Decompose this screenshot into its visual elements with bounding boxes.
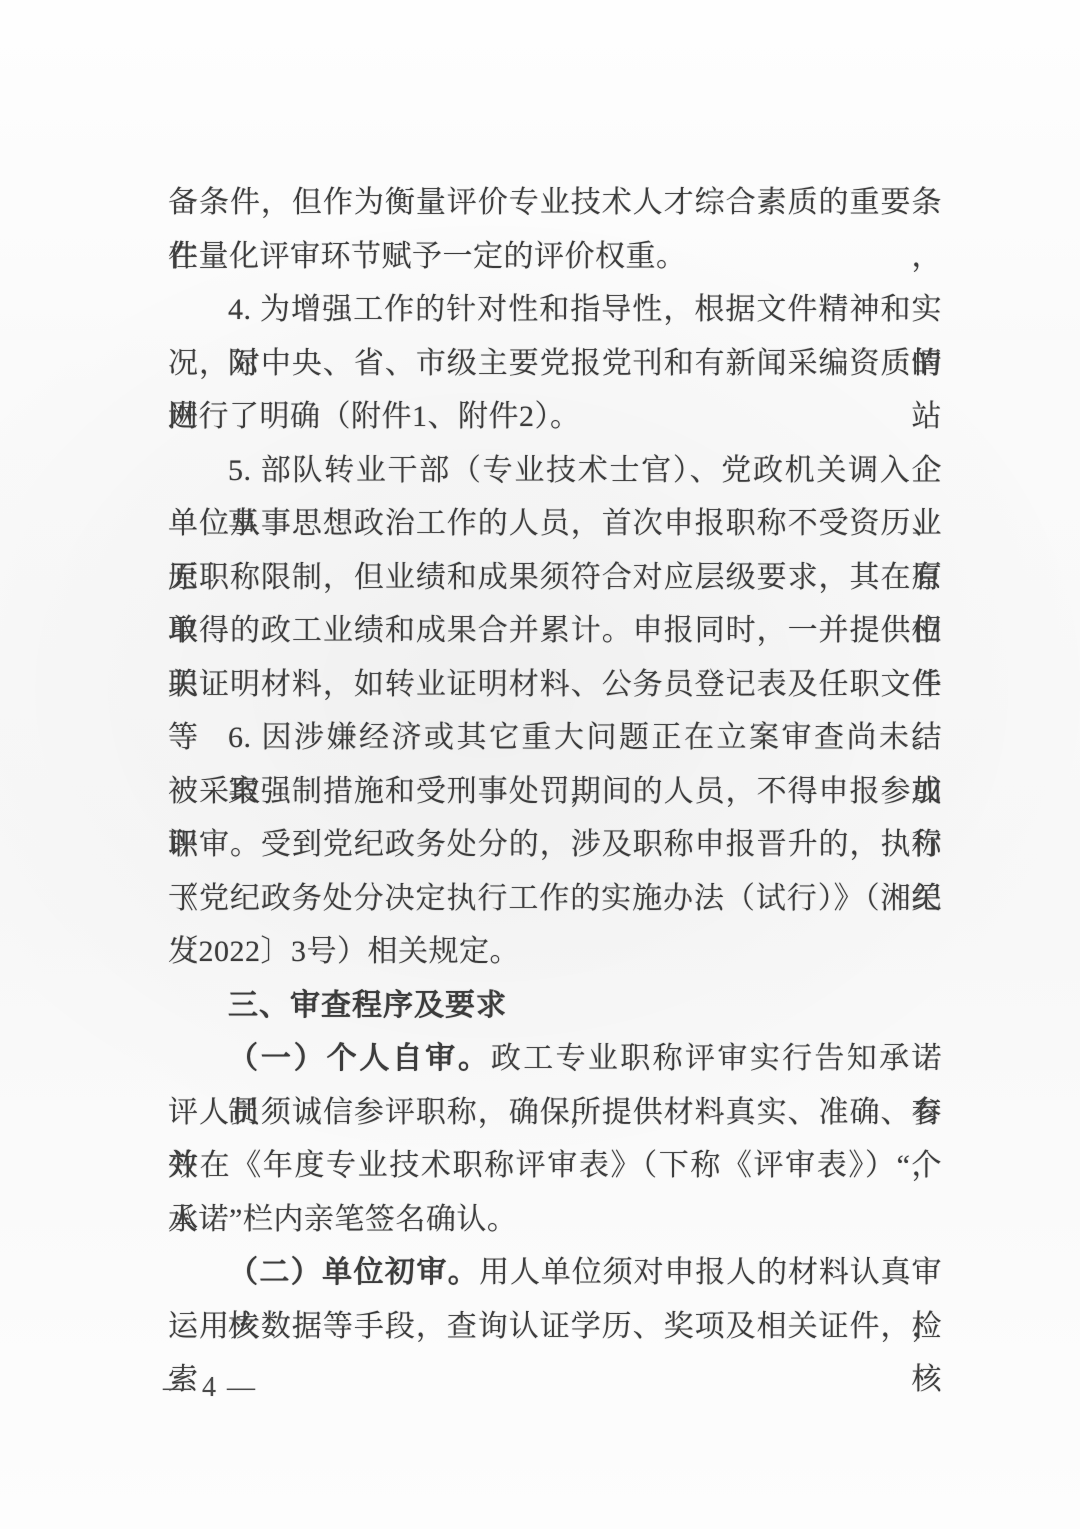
line-text: 运用大数据等手段，查询认证学历、奖项及相关证件，检索核 (168, 1310, 942, 1397)
page-number: — 4 — (163, 1371, 257, 1405)
text-line: 况，对中央、省、市级主要党报党刊和有新闻采编资质的网站 (168, 337, 942, 391)
text-line: 被采取强制措施和受刑事处罚期间的人员，不得申报参加职称 (168, 765, 942, 819)
text-line: 评审。受到党纪政务处分的，涉及职称申报晋升的，执行《关 (168, 818, 942, 872)
text-line: 评人员须诚信参评职称，确保所提供材料真实、准确、有效， (168, 1086, 942, 1140)
text-line: 5. 部队转业干部（专业技术士官）、党政机关调入企事业 (168, 444, 942, 498)
text-line: 于党纪政务处分决定执行工作的实施办法（试行）》（湘纪发 (168, 872, 942, 926)
text-line: 4. 为增强工作的针对性和指导性，根据文件精神和实际情 (168, 283, 942, 337)
text-line: （二）单位初审。用人单位须对申报人的材料认真审核， (168, 1246, 942, 1300)
line-text: 进行了明确（附件1、附件2）。 (168, 400, 581, 433)
section-heading: 三、审查程序及要求 (168, 979, 942, 1033)
scanned-document-page: 备条件，但作为衡量评价专业技术人才综合素质的重要条件， 在量化评审环节赋予一定的… (0, 0, 1080, 1529)
text-line: （一）个人自审。政工专业职称评审实行告知承诺制，参 (168, 1032, 942, 1086)
document-body: 备条件，但作为衡量评价专业技术人才综合素质的重要条件， 在量化评审环节赋予一定的… (168, 176, 942, 1353)
text-line: 〔2022〕3号）相关规定。 (168, 925, 942, 979)
line-bold-text: （一）个人自审。 (228, 1042, 491, 1075)
line-bold-text: （二）单位初审。 (228, 1256, 479, 1289)
text-line: 职证明材料，如转业证明材料、公务员登记表及任职文件等。 (168, 658, 942, 712)
text-line: 并在《年度专业技术职称评审表》（下称《评审表》）“个人 (168, 1139, 942, 1193)
line-text: 承诺”栏内亲笔签名确认。 (168, 1203, 517, 1236)
line-bold-text: 三、审查程序及要求 (228, 989, 507, 1022)
text-line: 单位从事思想政治工作的人员，首次申报职称不受资历、原有 (168, 497, 942, 551)
text-line: 取得的政工业绩和成果合并累计。申报同时，一并提供相关任 (168, 604, 942, 658)
line-text: 在量化评审环节赋予一定的评价权重。 (168, 240, 687, 273)
text-line: 备条件，但作为衡量评价专业技术人才综合素质的重要条件， (168, 176, 942, 230)
text-line: 无职称限制，但业绩和成果须符合对应层级要求，其在原单位 (168, 551, 942, 605)
text-line: 6. 因涉嫌经济或其它重大问题正在立案审查尚未结案，或 (168, 711, 942, 765)
text-line: 承诺”栏内亲笔签名确认。 (168, 1193, 942, 1247)
text-line: 运用大数据等手段，查询认证学历、奖项及相关证件，检索核 (168, 1300, 942, 1354)
line-text: 〔2022〕3号）相关规定。 (168, 935, 520, 968)
